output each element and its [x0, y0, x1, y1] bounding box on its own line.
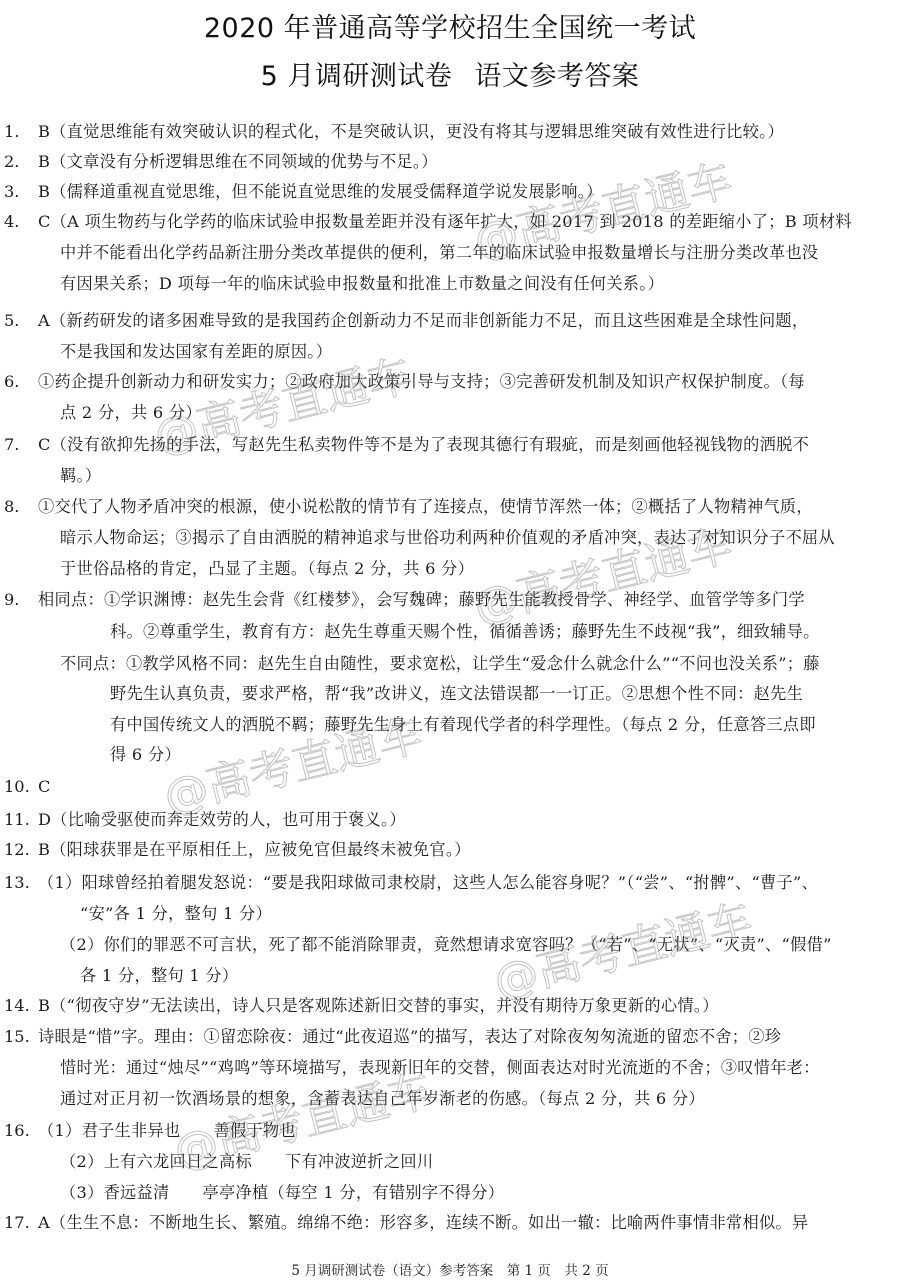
page-footer: 5 月调研测试卷（语文）参考答案 第 1 页 共 2 页 [0, 1259, 900, 1279]
answer-text-line: 通过对正月初一饮酒场景的想象，含蓄表达自己年岁渐老的伤感。（每点 2 分，共 6… [60, 1089, 705, 1109]
question-number: 12. [4, 840, 30, 860]
question-number: 8. [4, 497, 19, 517]
question-number: 9. [4, 590, 19, 610]
answer-text-line: ①交代了人物矛盾冲突的根源，使小说松散的情节有了连接点，使情节浑然一体；②概括了… [38, 497, 813, 517]
answer-text-line: 野先生认真负责，要求严格，帮“我”改讲义，连文法错误都一一订正。②思想个性不同：… [110, 684, 803, 704]
exam-subtitle: 5 月调研测试卷语文参考答案 [0, 54, 900, 93]
answer-text-line: （1）阳球曾经拍着腿发怒说：“要是我阳球做司隶校尉，这些人怎么能容身呢？”（“尝… [38, 873, 818, 893]
question-number: 6. [4, 372, 19, 392]
question-number: 7. [4, 435, 19, 455]
answer-text-line: （2）上有六龙回日之高标 下有冲波逆折之回川 [60, 1152, 433, 1172]
answer-text-line: ①药企提升创新动力和研发实力；②政府加大政策引导与支持；③完善研发机制及知识产权… [38, 372, 805, 392]
answer-text-line: 诗眼是“惜”字。理由：①留恋除夜：通过“此夜迢巡”的描写，表达了对除夜匆匆流逝的… [38, 1027, 781, 1047]
answer-text-line: （2）你们的罪恶不可言状，死了都不能消除罪责，竟然想请求宽容吗？（“若”、“无状… [60, 935, 832, 955]
answer-text-line: 各 1 分，整句 1 分） [80, 966, 238, 986]
answer-text-line: A（新药研发的诸多困难导致的是我国药企创新动力不足而非创新能力不足，而且这些困难… [38, 311, 808, 331]
answer-text-line: 于世俗品格的肯定，凸显了主题。（每点 2 分，共 6 分） [60, 559, 474, 579]
answer-text-line: 中并不能看出化学药品新注册分类改革提供的便利，第二年的临床试验申报数量增长与注册… [60, 243, 818, 263]
question-number: 5. [4, 311, 19, 331]
question-number: 2. [4, 152, 19, 172]
question-number: 16. [4, 1121, 30, 1141]
answer-text-line: C [38, 777, 51, 797]
answer-text-line: B（阳球获罪是在平原相任上，应被免官但最终未被免官。） [38, 840, 471, 860]
answer-text-line: B（“彻夜守岁”无法读出，诗人只是客观陈述新旧交替的事实，并没有期待万象更新的心… [38, 996, 719, 1016]
question-number: 14. [4, 996, 30, 1016]
question-number: 11. [4, 810, 30, 830]
answer-text-line: 科。②尊重学生，教育有方：赵先生尊重天赐个性，循循善诱；藤野先生不歧视“我”，细… [110, 622, 820, 642]
answer-text-line: （3）香远益清 亭亭净植（每空 1 分，有错别字不得分） [60, 1183, 504, 1203]
answer-text-line: 暗示人物命运；③揭示了自由洒脱的精神追求与世俗功利两种价值观的矛盾冲突，表达了对… [60, 528, 835, 548]
answer-text-line: A（生生不息：不断地生长、繁殖。绵绵不绝：形容多，连续不断。如出一辙：比喻两件事… [38, 1213, 808, 1233]
question-number: 17. [4, 1213, 30, 1233]
answer-text-line: 有中国传统文人的洒脱不羁；藤野先生身上有着现代学者的科学理性。（每点 2 分，任… [110, 715, 816, 735]
answer-text-line: 不是我国和发达国家有差距的原因。） [60, 342, 332, 362]
answer-text-line: 点 2 分，共 6 分） [60, 403, 202, 423]
answer-text-line: B（直觉思维能有效突破认识的程式化，不是突破认识，更没有将其与逻辑思维突破有效性… [38, 122, 784, 142]
answer-text-line: 不同点：①教学风格不同：赵先生自由随性，要求宽松，让学生“爱念什么就念什么”“不… [60, 654, 820, 674]
question-number: 1. [4, 122, 19, 142]
answer-text-line: 得 6 分） [110, 745, 181, 765]
subtitle-test-name: 5 月调研测试卷 [261, 61, 453, 92]
answer-text-line: D（比喻受驱使而奔走效劳的人，也可用于褒义。） [38, 810, 406, 830]
answer-text-line: 有因果关系；D 项每一年的临床试验申报数量和批准上市数量之间没有任何关系。） [60, 274, 664, 294]
answer-text-line: 惜时光：通过“烛尽”“鸡鸣”等环境描写，表现新旧年的交替，侧面表达对时光流逝的不… [60, 1058, 820, 1078]
answer-text-line: 羁。） [60, 466, 101, 486]
question-number: 13. [4, 873, 30, 893]
answer-text-line: B（儒释道重视直觉思维，但不能说直觉思维的发展受儒释道学说发展影响。） [38, 182, 603, 202]
subtitle-answer-key: 语文参考答案 [474, 61, 639, 92]
question-number: 4. [4, 212, 19, 232]
answer-text-line: B（文章没有分析逻辑思维在不同领域的优势与不足。） [38, 152, 438, 172]
answer-text-line: 相同点：①学识渊博：赵先生会背《红楼梦》，会写魏碑；藤野先生能教授骨学、神经学、… [38, 590, 805, 610]
answer-text-line: “安”各 1 分，整句 1 分） [80, 904, 272, 924]
question-number: 10. [4, 777, 30, 797]
exam-title: 2020 年普通高等学校招生全国统一考试 [0, 6, 900, 45]
answer-text-line: C（A 项生物药与化学药的临床试验申报数量差距并没有逐年扩大，如 2017 到 … [38, 212, 852, 232]
answer-text-line: （1）君子生非异也 善假于物也 [38, 1121, 296, 1141]
answer-text-line: C（没有欲抑先扬的手法，写赵先生私卖物件等不是为了表现其德行有瑕疵，而是刻画他轻… [38, 435, 809, 455]
question-number: 3. [4, 182, 19, 202]
question-number: 15. [4, 1027, 30, 1047]
